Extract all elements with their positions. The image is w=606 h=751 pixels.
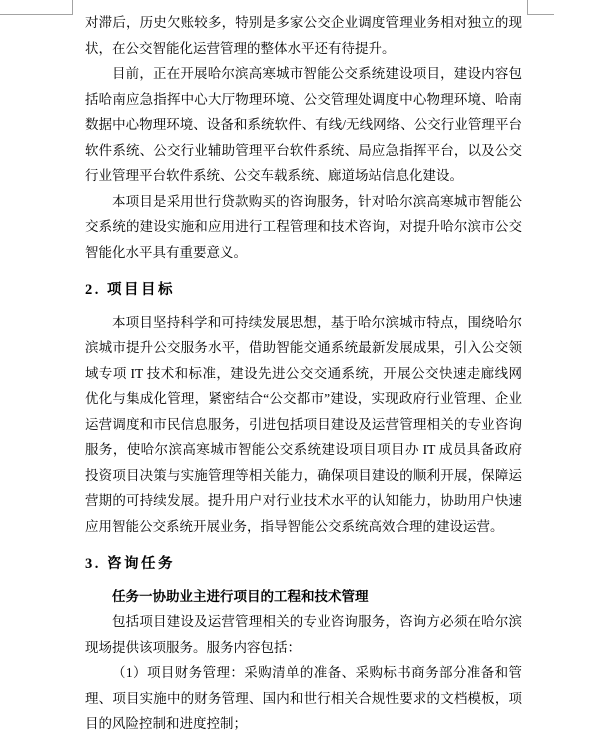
text-boundary-mark-top-left [0,0,73,15]
paragraph: 包括项目建设及运营管理相关的专业咨询服务，咨询方必须在哈尔滨现场提供该项服务。服… [85,609,522,660]
text-run: 服务内容包括： [207,640,302,655]
section-heading: 3. 咨询任务 [85,552,522,578]
document-body: 对滞后，历史欠账较多，特别是多家公交企业调度管理业务相对独立的现状，在公交智能化… [85,10,522,737]
paragraph: 目前，正在开展哈尔滨高寒城市智能公交系统建设项目，建设内容包括哈南应急指挥中心大… [85,61,522,189]
text-run: 包括项目建设及运营管理相关的专业咨询服务，咨询方 [112,614,440,629]
section-heading: 2. 项目目标 [85,278,522,304]
task-subheading: 任务一协助业主进行项目的工程和技术管理 [85,584,522,610]
document-page: { "page": { "background": "#ffffff", "te… [0,0,606,751]
paragraph-continuation: 对滞后，历史欠账较多，特别是多家公交企业调度管理业务相对独立的现状，在公交智能化… [85,10,522,61]
paragraph: 本项目是采用世行贷款购买的咨询服务，针对哈尔滨高寒城市智能公交系统的建设实施和应… [85,189,522,266]
paragraph: （1）项目财务管理：采购清单的准备、采购标书商务部分准备和管理、项目实施中的财务… [85,660,522,737]
paragraph: 本项目坚持科学和可持续发展思想，基于哈尔滨城市特点，围绕哈尔滨城市提升公交服务水… [85,310,522,540]
text-boundary-mark-top-right [527,0,554,15]
